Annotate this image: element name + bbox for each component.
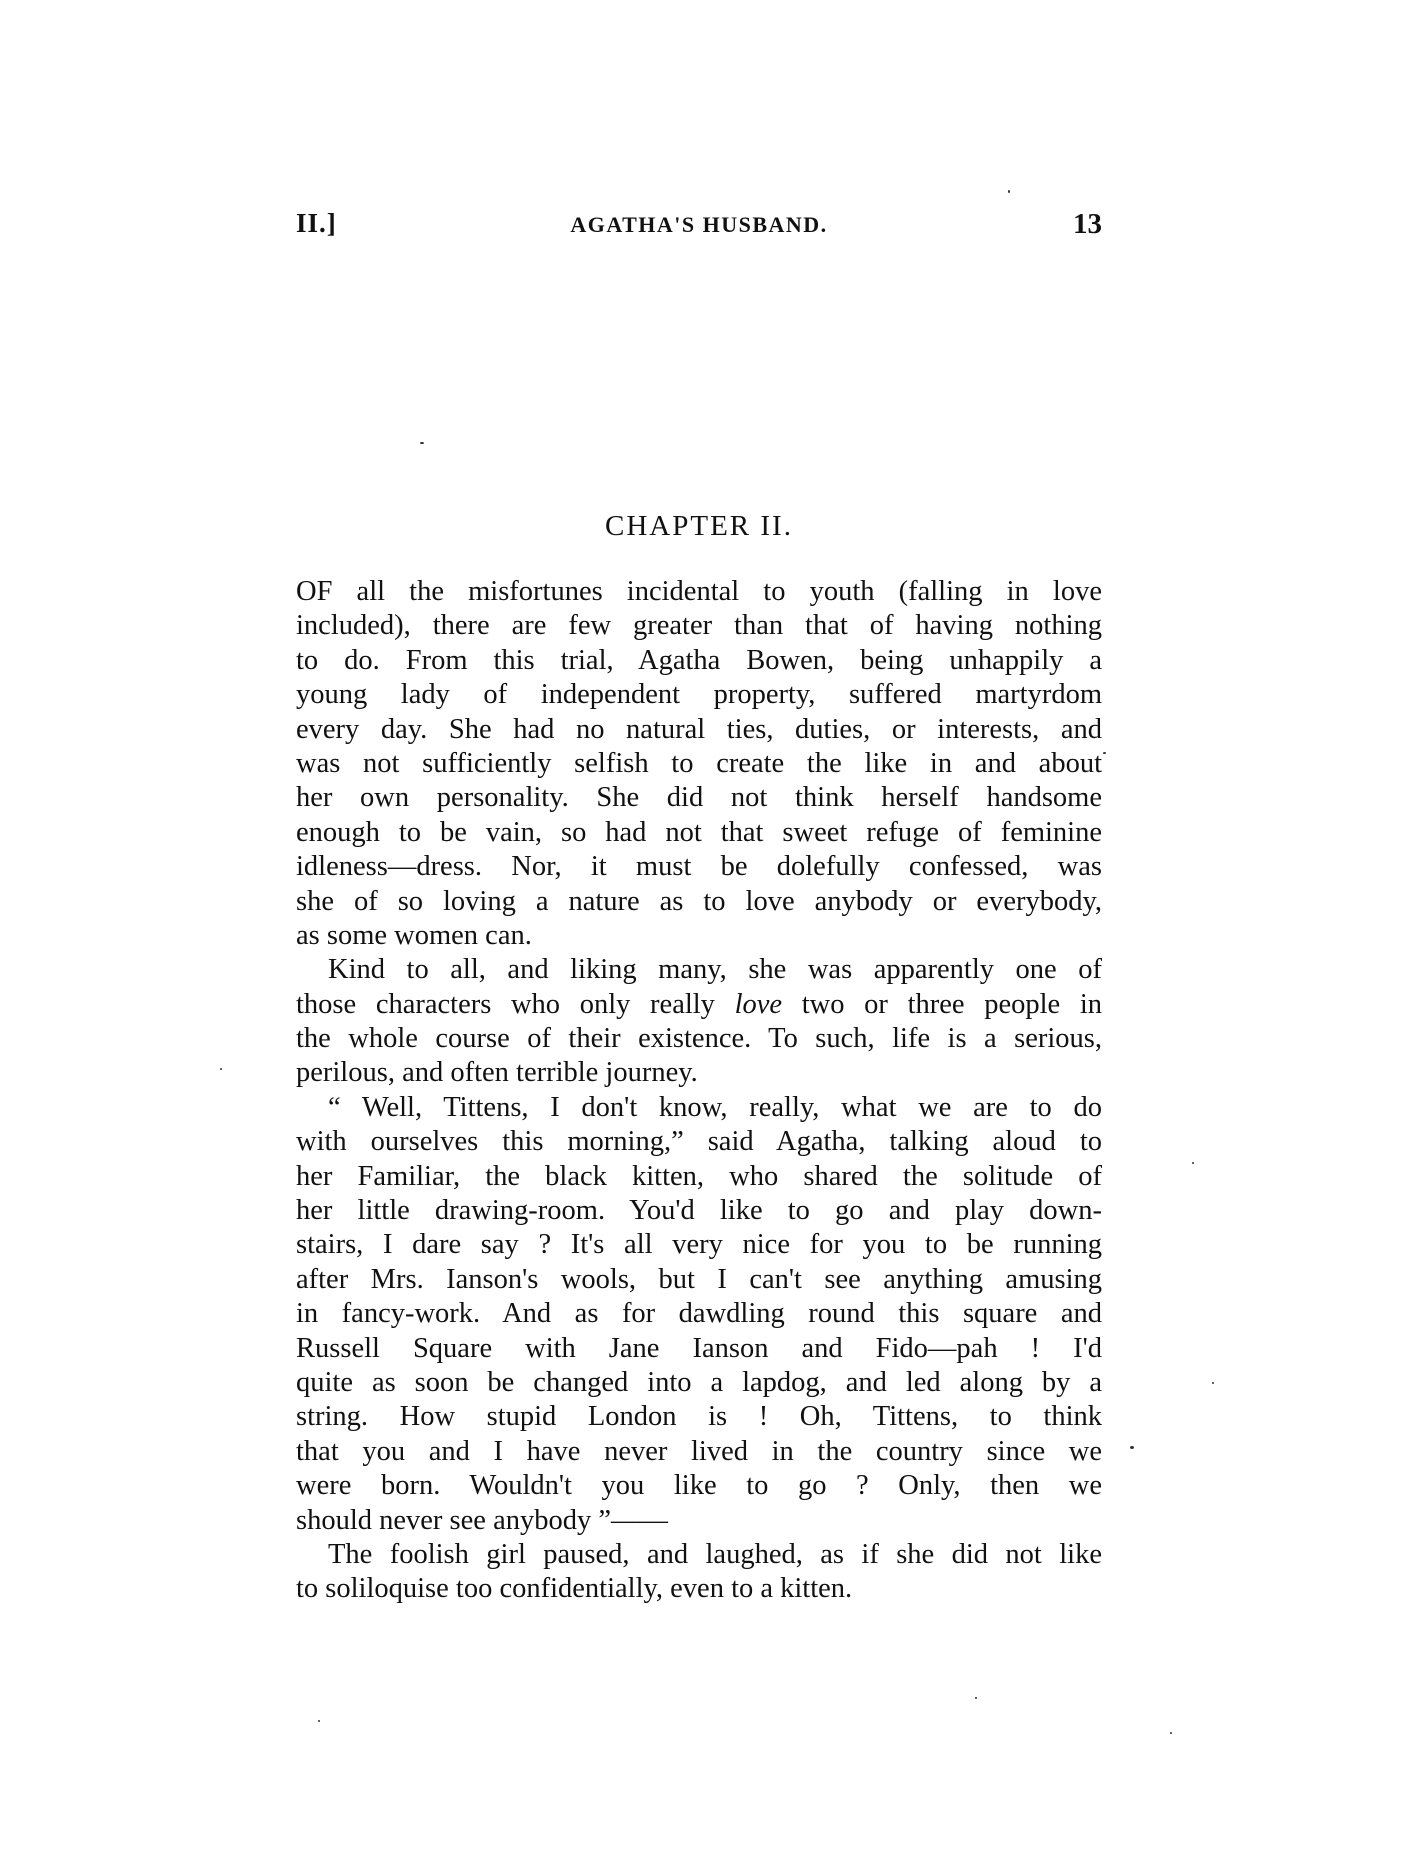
text-line: “ Well, Tittens, I don't know, really, w… [296,1091,1102,1125]
text-line: in fancy-work. And as for dawdling round… [296,1297,1102,1331]
text-line: she of so loving a nature as to love any… [296,885,1102,919]
text-line: string. How stupid London is ! Oh, Titte… [296,1400,1102,1434]
text-line: young lady of independent property, suff… [296,678,1102,712]
text-line: those characters who only really love tw… [296,988,1102,1022]
text-line: to do. From this trial, Agatha Bowen, be… [296,644,1102,678]
text-line: enough to be vain, so had not that sweet… [296,816,1102,850]
book-title-header: AGATHA'S HUSBAND. [296,212,1102,238]
scan-speck [1212,1382,1214,1384]
text-line: after Mrs. Ianson's wools, but I can't s… [296,1263,1102,1297]
running-head: II.] AGATHA'S HUSBAND. 13 [296,208,1102,248]
text-line: should never see anybody ”—— [296,1504,1102,1538]
scan-speck [1192,1162,1194,1164]
text-line: were born. Wouldn't you like to go ? Onl… [296,1469,1102,1503]
paragraph: OF all the misfortunes incidental to you… [296,575,1102,953]
text-line: stairs, I dare say ? It's all very nice … [296,1228,1102,1262]
text-line: perilous, and often terrible journey. [296,1056,1102,1090]
scan-speck [1008,190,1010,193]
scan-speck [220,1068,222,1070]
text-line: to soliloquise too confidentially, even … [296,1572,1102,1606]
paragraph: The foolish girl paused, and laughed, as… [296,1538,1102,1607]
text-line: with ourselves this morning,” said Agath… [296,1125,1102,1159]
scan-speck [1170,1732,1172,1734]
text-line: Russell Square with Jane Ianson and Fido… [296,1332,1102,1366]
scan-speck [420,442,424,444]
dropcap-word: OF [296,576,332,607]
paragraph: Kind to all, and liking many, she was ap… [296,953,1102,1091]
text-line: her little drawing-room. You'd like to g… [296,1194,1102,1228]
book-page: II.] AGATHA'S HUSBAND. 13 CHAPTER II. OF… [0,0,1401,1851]
text-line: The foolish girl paused, and laughed, as… [296,1538,1102,1572]
scan-speck [1130,1446,1134,1449]
text-line: as some women can. [296,919,1102,953]
text-line: was not sufficiently selfish to create t… [296,747,1102,781]
text-line: quite as soon be changed into a lapdog, … [296,1366,1102,1400]
text-line: her own personality. She did not think h… [296,781,1102,815]
scan-speck [1103,752,1106,754]
paragraph: “ Well, Tittens, I don't know, really, w… [296,1091,1102,1538]
chapter-title: CHAPTER II. [296,510,1102,543]
scan-speck [318,1720,320,1722]
text-line: that you and I have never lived in the c… [296,1435,1102,1469]
text-line: idleness—dress. Nor, it must be dolefull… [296,850,1102,884]
page-number: 13 [1073,208,1102,241]
body-text: OF all the misfortunes incidental to you… [296,575,1102,1607]
text-line: OF all the misfortunes incidental to you… [296,575,1102,609]
emphasis: love [735,989,782,1020]
text-line: her Familiar, the black kitten, who shar… [296,1160,1102,1194]
text-line: every day. She had no natural ties, duti… [296,713,1102,747]
text-line: the whole course of their existence. To … [296,1022,1102,1056]
text-line: Kind to all, and liking many, she was ap… [296,953,1102,987]
scan-speck [975,1697,977,1699]
text-line: included), there are few greater than th… [296,609,1102,643]
